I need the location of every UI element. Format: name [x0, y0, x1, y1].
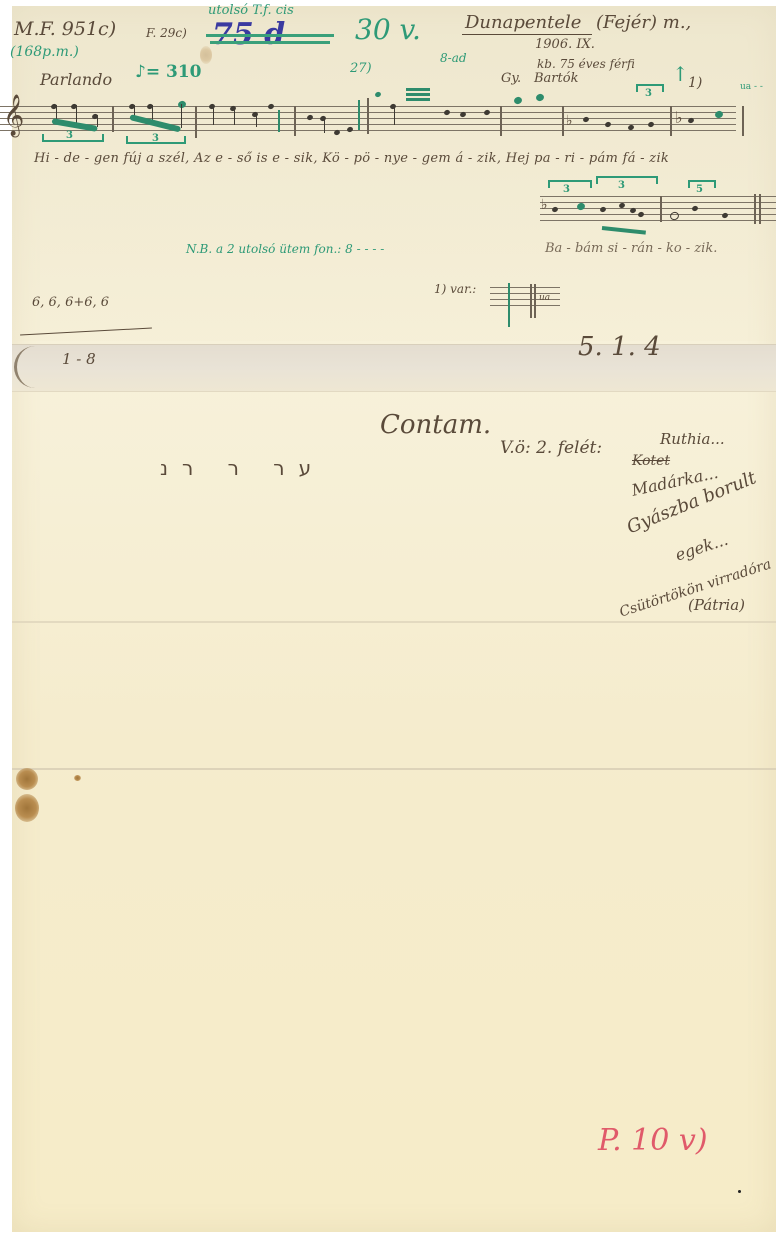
metronome-marking: ♪= 310: [135, 64, 202, 81]
tuplet-bracket: [596, 176, 658, 184]
vo-item: Ruthia...: [660, 432, 725, 447]
ink-dot: [738, 1190, 741, 1193]
variant-suffix: ua: [539, 294, 550, 303]
note-stem: [278, 110, 280, 132]
stain-mark: [16, 768, 38, 790]
flat-sign: ♭: [566, 114, 573, 128]
paper-sheet: [12, 6, 776, 1232]
tuplet-number: 3: [152, 133, 159, 144]
speed-note: (168p.m.): [10, 45, 79, 59]
footnote-mark: 1): [688, 76, 702, 90]
contam-label: Contam.: [380, 412, 491, 438]
secondary-ref: F. 29c): [146, 27, 187, 39]
nb-note: N.B. a 2 utolsó ütem fon.: 8 - - - -: [186, 243, 384, 255]
tuplet-number: 3: [563, 184, 570, 195]
note-stem: [181, 104, 182, 128]
fold-crease: [12, 768, 776, 770]
flat-sign: ♭: [541, 198, 548, 212]
tuplet-number: 5: [696, 184, 703, 195]
strike-line: [210, 41, 330, 44]
edge-mark: ua - -: [740, 83, 763, 92]
note-beam: [406, 88, 430, 102]
green-annotation-top: utolsó T.f. cis: [208, 4, 294, 17]
fold-crease: [12, 621, 776, 623]
county: (Fejér) m.,: [596, 14, 691, 32]
page-label: P. 10 v): [598, 1126, 708, 1156]
stain-mark: [74, 775, 81, 781]
vo-label: V.ö: 2. felét:: [500, 440, 602, 457]
lyrics-line-2: Ba - bám si - rán - ko - zik.: [545, 242, 717, 255]
barline: [562, 106, 564, 136]
collector-initials: Gy.: [501, 72, 521, 85]
vo-item: (Pátria): [688, 598, 745, 613]
tuplet-number: 3: [66, 130, 73, 141]
hebrew-like-marks: ער ר רנ: [160, 458, 325, 478]
note-stem: [234, 107, 235, 125]
note-stem: [394, 105, 395, 125]
treble-clef-icon: 𝄞: [3, 98, 24, 134]
location-underline: [462, 34, 592, 35]
note-stem: [56, 105, 57, 119]
fold-band: [12, 344, 776, 392]
catalog-ref: M.F. 951c): [14, 20, 116, 39]
tuplet-bracket: [42, 134, 104, 142]
stain-mark: [15, 794, 39, 822]
lyrics-line-1: Hi - de - gen fúj a szél, Az e - ső is e…: [34, 152, 669, 165]
tuplet-number: 3: [618, 180, 625, 191]
barline: [670, 106, 672, 136]
note-stem: [508, 283, 510, 327]
barline: [195, 106, 197, 138]
strike-line: [206, 34, 334, 37]
barline: [530, 284, 532, 318]
tempo-marking: Parlando: [40, 72, 112, 88]
note-stem: [324, 117, 325, 133]
green-number: 30 v.: [355, 16, 421, 44]
variant-note: 1) var.:: [434, 283, 476, 295]
singer: kb. 75 éves férfi: [537, 58, 635, 70]
barline: [754, 194, 756, 224]
collector: Bartók: [534, 72, 578, 85]
range-label: 1 - 8: [62, 352, 96, 367]
note-stem: [213, 105, 214, 125]
barline: [660, 196, 662, 222]
flat-sign: ♭: [675, 110, 683, 126]
note-stem: [256, 113, 257, 127]
final-barline: [759, 194, 761, 224]
barline: [534, 284, 536, 318]
classification-code: 5. 1. 4: [578, 334, 661, 360]
barline: [367, 98, 369, 134]
music-staff-2: [540, 196, 776, 222]
upper-panel-shading: [12, 6, 776, 341]
date: 1906. IX.: [535, 38, 595, 51]
arrow-up-icon: ↑: [672, 64, 689, 84]
tuplet-bracket: [548, 180, 592, 188]
tuplet-number: 3: [645, 88, 652, 99]
note-stem: [76, 105, 77, 123]
octave-mark: 8-ad: [440, 52, 467, 64]
note-stem: [97, 115, 98, 127]
barline: [500, 106, 502, 136]
vo-item-crossed: Kotet: [632, 454, 670, 468]
barline: [742, 106, 744, 136]
green-27: 27): [350, 62, 372, 75]
barline: [112, 106, 114, 132]
manuscript-scan: M.F. 951c) F. 29c) (168p.m.) utolsó T.f.…: [0, 0, 776, 1238]
note-stem: [358, 100, 360, 130]
location: Dunapentele: [465, 14, 581, 32]
barline: [294, 106, 296, 136]
syllable-counts: 6, 6, 6+6, 6: [32, 296, 109, 309]
